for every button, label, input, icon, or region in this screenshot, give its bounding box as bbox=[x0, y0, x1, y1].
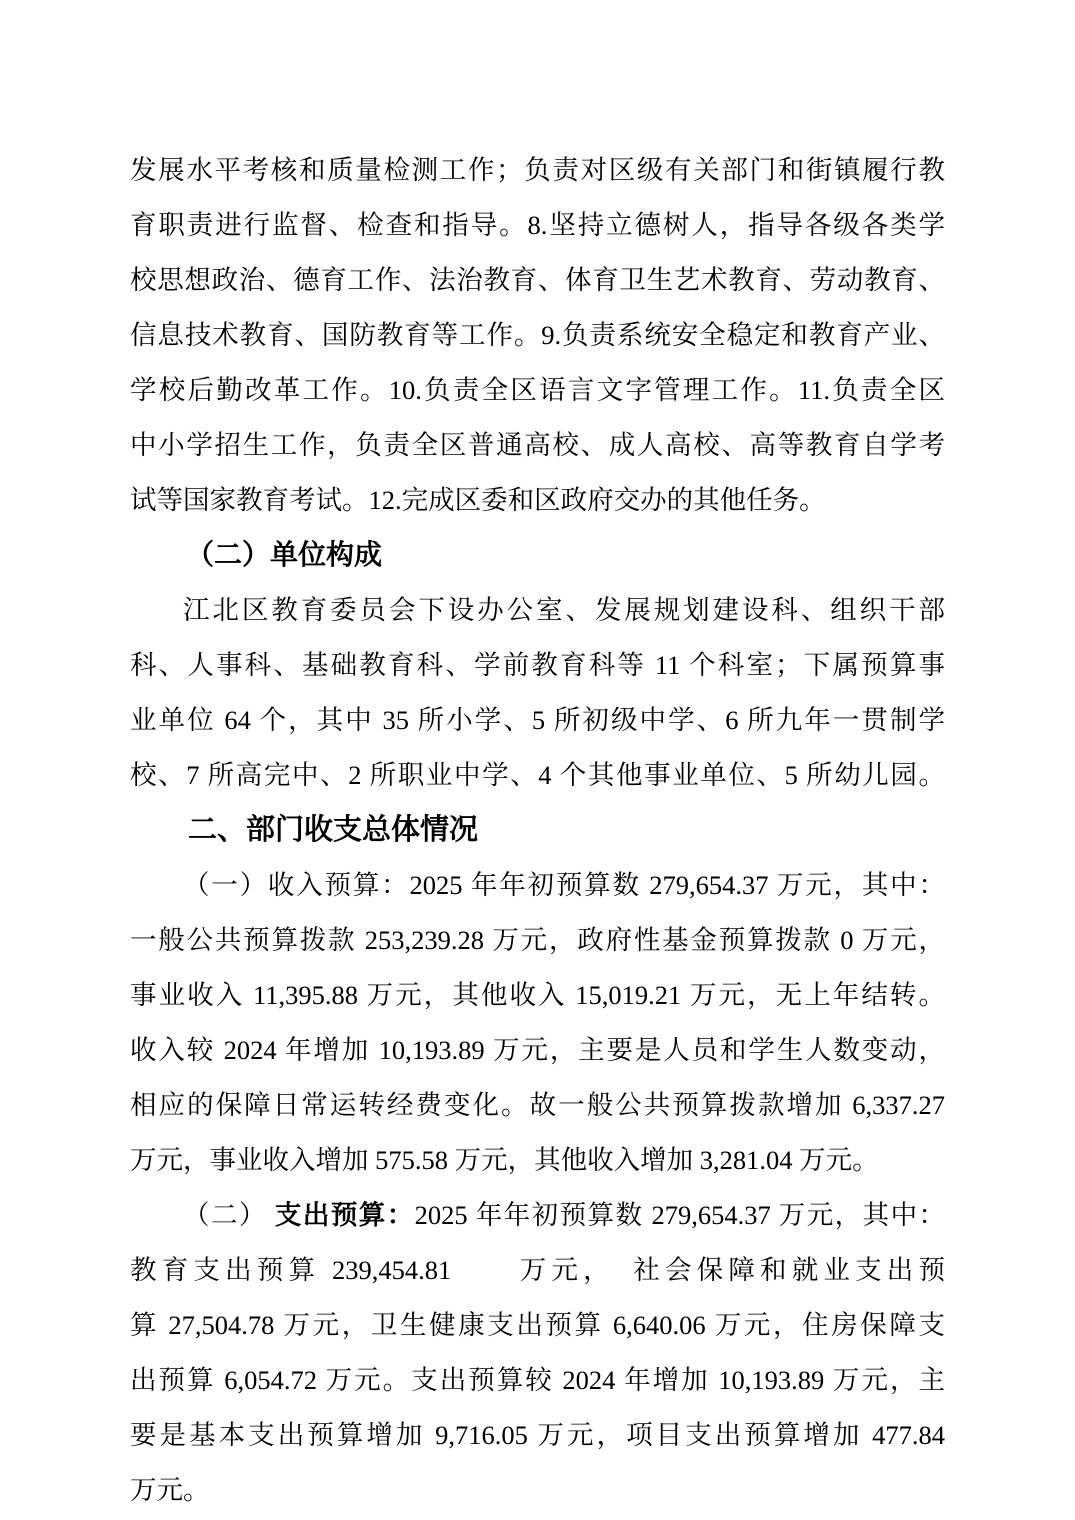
text-run: 育职责进行监督、检查和指导。8.坚持立德树人，指导各级各类学 bbox=[130, 210, 945, 240]
text-run: 信息技术教育、国防教育等工作。9.负责系统安全稳定和教育产业、 bbox=[130, 320, 945, 350]
text-run: 科、人事科、基础教育科、学前教育科等 11 个科室；下属预算事 bbox=[130, 650, 945, 680]
body-line: （一）收入预算：2025 年年初预算数 279,654.37 万元，其中： bbox=[130, 858, 945, 913]
text-run: 二、部门收支总体情况 bbox=[188, 814, 478, 846]
body-line: 中小学招生工作，负责全区普通高校、成人高校、高等教育自学考 bbox=[130, 418, 945, 473]
section-heading-revenue-expenditure-overview: 二、部门收支总体情况 bbox=[130, 803, 945, 858]
document-page: 发展水平考核和质量检测工作；负责对区级有关部门和街镇履行教育职责进行监督、检查和… bbox=[0, 0, 1075, 1520]
body-line: 教育支出预算 239,454.81 万元， 社会保障和就业支出预 bbox=[130, 1243, 945, 1298]
text-run: 收入较 2024 年增加 10,193.89 万元，主要是人员和学生人数变动， bbox=[130, 1035, 945, 1065]
text-run: 算 27,504.78 万元，卫生健康支出预算 6,640.06 万元，住房保障… bbox=[130, 1310, 945, 1340]
body-line: 试等国家教育考试。12.完成区委和区政府交办的其他任务。 bbox=[130, 473, 945, 528]
body-line: 校思想政治、德育工作、法治教育、体育卫生艺术教育、劳动教育、 bbox=[130, 253, 945, 308]
body-line: 万元。 bbox=[130, 1463, 945, 1518]
body-line: 科、人事科、基础教育科、学前教育科等 11 个科室；下属预算事 bbox=[130, 638, 945, 693]
text-run: 校思想政治、德育工作、法治教育、体育卫生艺术教育、劳动教育、 bbox=[130, 265, 945, 295]
text-run: 支出预算： bbox=[275, 1200, 415, 1230]
text-run: 万元，事业收入增加 575.58 万元，其他收入增加 3,281.04 万元。 bbox=[130, 1145, 879, 1175]
body-line: 事业收入 11,395.88 万元，其他收入 15,019.21 万元，无上年结… bbox=[130, 968, 945, 1023]
text-run: 中小学招生工作，负责全区普通高校、成人高校、高等教育自学考 bbox=[130, 430, 945, 460]
body-line: 万元，事业收入增加 575.58 万元，其他收入增加 3,281.04 万元。 bbox=[130, 1133, 945, 1188]
body-line: 一般公共预算拨款 253,239.28 万元，政府性基金预算拨款 0 万元， bbox=[130, 913, 945, 968]
text-run: 试等国家教育考试。12.完成区委和区政府交办的其他任务。 bbox=[130, 485, 826, 515]
body-line: 相应的保障日常运转经费变化。故一般公共预算拨款增加 6,337.27 bbox=[130, 1078, 945, 1133]
text-run: 校、7 所高完中、2 所职业中学、4 个其他事业单位、5 所幼儿园。 bbox=[130, 760, 945, 790]
body-line: 收入较 2024 年增加 10,193.89 万元，主要是人员和学生人数变动， bbox=[130, 1023, 945, 1078]
body-line: 江北区教育委员会下设办公室、发展规划建设科、组织干部 bbox=[130, 583, 945, 638]
body-line: （二） 支出预算：2025 年年初预算数 279,654.37 万元，其中： bbox=[130, 1188, 945, 1243]
body-line: 校、7 所高完中、2 所职业中学、4 个其他事业单位、5 所幼儿园。 bbox=[130, 748, 945, 803]
text-run: 相应的保障日常运转经费变化。故一般公共预算拨款增加 6,337.27 bbox=[130, 1090, 945, 1120]
text-run: 江北区教育委员会下设办公室、发展规划建设科、组织干部 bbox=[183, 595, 945, 625]
text-run: 2025 年年初预算数 279,654.37 万元，其中： bbox=[415, 1200, 945, 1230]
text-run: （一）收入预算：2025 年年初预算数 279,654.37 万元，其中： bbox=[183, 870, 945, 900]
text-run: （二） bbox=[183, 1200, 275, 1230]
document-body: 发展水平考核和质量检测工作；负责对区级有关部门和街镇履行教育职责进行监督、检查和… bbox=[130, 143, 945, 1518]
body-line: 业单位 64 个，其中 35 所小学、5 所初级中学、6 所九年一贯制学 bbox=[130, 693, 945, 748]
body-line: 要是基本支出预算增加 9,716.05 万元，项目支出预算增加 477.84 bbox=[130, 1408, 945, 1463]
body-line: 发展水平考核和质量检测工作；负责对区级有关部门和街镇履行教 bbox=[130, 143, 945, 198]
body-line: 算 27,504.78 万元，卫生健康支出预算 6,640.06 万元，住房保障… bbox=[130, 1298, 945, 1353]
text-run: 事业收入 11,395.88 万元，其他收入 15,019.21 万元，无上年结… bbox=[130, 980, 945, 1010]
text-run: 发展水平考核和质量检测工作；负责对区级有关部门和街镇履行教 bbox=[130, 155, 945, 185]
text-run: 要是基本支出预算增加 9,716.05 万元，项目支出预算增加 477.84 bbox=[130, 1420, 945, 1450]
text-run: 业单位 64 个，其中 35 所小学、5 所初级中学、6 所九年一贯制学 bbox=[130, 705, 945, 735]
body-line: 学校后勤改革工作。10.负责全区语言文字管理工作。11.负责全区 bbox=[130, 363, 945, 418]
body-line: 信息技术教育、国防教育等工作。9.负责系统安全稳定和教育产业、 bbox=[130, 308, 945, 363]
text-run: 教育支出预算 239,454.81 万元， 社会保障和就业支出预 bbox=[130, 1255, 945, 1285]
section-heading-unit-composition: （二）单位构成 bbox=[130, 528, 945, 583]
text-run: 万元。 bbox=[130, 1475, 210, 1505]
text-run: 学校后勤改革工作。10.负责全区语言文字管理工作。11.负责全区 bbox=[130, 375, 945, 405]
body-line: 育职责进行监督、检查和指导。8.坚持立德树人，指导各级各类学 bbox=[130, 198, 945, 253]
text-run: 出预算 6,054.72 万元。支出预算较 2024 年增加 10,193.89… bbox=[130, 1365, 945, 1395]
text-run: 一般公共预算拨款 253,239.28 万元，政府性基金预算拨款 0 万元， bbox=[130, 925, 945, 955]
body-line: 出预算 6,054.72 万元。支出预算较 2024 年增加 10,193.89… bbox=[130, 1353, 945, 1408]
text-run: （二）单位构成 bbox=[186, 540, 382, 571]
